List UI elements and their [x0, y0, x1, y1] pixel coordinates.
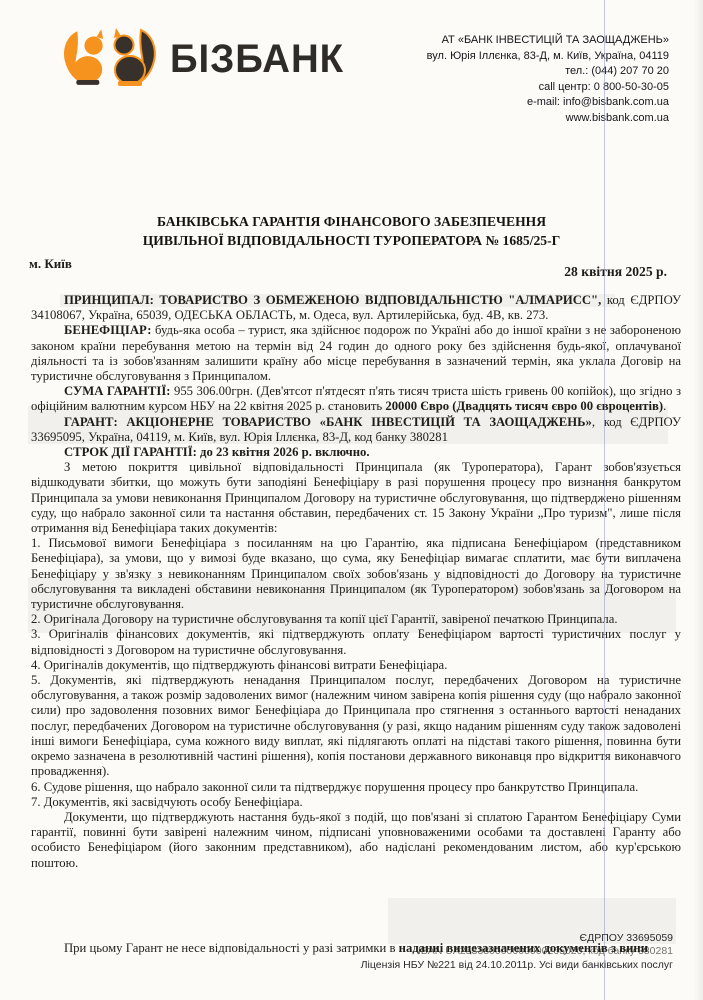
paragraph-purpose-text: З метою покриття цивільної відповідально… [31, 460, 681, 535]
body-paragraphs: ПРИНЦИПАЛ: ТОВАРИСТВО З ОБМЕЖЕНОЮ ВІДПОВ… [31, 293, 681, 871]
bank-contact-line-3: тел.: (044) 207 70 20 [427, 64, 669, 80]
bank-wordmark: БІЗБАНК [170, 37, 344, 82]
paragraph-final-text: При цьому Гарант не несе відповідальност… [64, 941, 399, 955]
paragraph-guarantee-sum-text: . [663, 399, 666, 413]
bank-contact-line-5: e-mail: info@bisbank.com.ua [427, 95, 669, 111]
list-item-3: 3. Оригіналів фінансових документів, які… [31, 627, 681, 657]
paragraph-guarantee-sum-bold-text: СУМА ГАРАНТІЇ: [64, 384, 174, 398]
footer-license: Ліцензія НБУ №221 від 24.10.2011р. Усі в… [361, 959, 673, 972]
document-date: 28 квітня 2025 р. [564, 264, 667, 280]
document-city: м. Київ [29, 256, 72, 272]
document-title: БАНКІВСЬКА ГАРАНТІЯ ФІНАНСОВОГО ЗАБЕЗПЕЧ… [0, 213, 703, 250]
document-title-line1: БАНКІВСЬКА ГАРАНТІЯ ФІНАНСОВОГО ЗАБЕЗПЕЧ… [0, 213, 703, 232]
list-item-7: 7. Документів, які засвідчують особу Бен… [31, 795, 681, 810]
paragraph-guarantee-term-bold-text: СТРОК ДІЇ ГАРАНТІЇ: до 23 квітня 2026 р.… [64, 445, 370, 459]
list-item-7-text: 7. Документів, які засвідчують особу Бен… [31, 795, 303, 809]
list-item-5: 5. Документів, які підтверджують ненадан… [31, 673, 681, 779]
list-item-6-text: 6. Судове рішення, що набрало законної с… [31, 780, 638, 794]
paragraph-beneficiary-bold-text: БЕНЕФІЦІАР: [64, 323, 155, 337]
bank-contact-line-6: www.bisbank.com.ua [427, 111, 669, 127]
bank-contact-block: АТ «БАНК ІНВЕСТИЦІЙ ТА ЗАОЩАДЖЕНЬ»вул. Ю… [427, 33, 669, 126]
paragraph-documents-delivery: Документи, що підтверджують настання буд… [31, 810, 681, 871]
bank-contact-line-1: АТ «БАНК ІНВЕСТИЦІЙ ТА ЗАОЩАДЖЕНЬ» [427, 33, 669, 49]
squirrels-logo-icon [62, 28, 158, 90]
document-page: БІЗБАНК АТ «БАНК ІНВЕСТИЦІЙ ТА ЗАОЩАДЖЕН… [0, 0, 703, 1000]
bank-contact-line-4: call центр: 0 800-50-30-05 [427, 80, 669, 96]
list-item-2: 2. Оригінала Договору на туристичне обсл… [31, 612, 681, 627]
list-item-6: 6. Судове рішення, що набрало законної с… [31, 780, 681, 795]
paragraph-beneficiary: БЕНЕФІЦІАР: будь-яка особа – турист, яка… [31, 323, 681, 384]
list-item-1-text: 1. Письмової вимоги Бенефіціара з посила… [31, 536, 681, 611]
paragraph-final-bold-text: наданні вищезазначених документів з вини [399, 941, 648, 955]
paragraph-guarantee-term: СТРОК ДІЇ ГАРАНТІЇ: до 23 квітня 2026 р.… [31, 445, 681, 460]
paragraph-guarantee-sum-bold-text: 20000 Євро (Двадцять тисяч євро 00 євроц… [385, 399, 663, 413]
list-item-2-text: 2. Оригінала Договору на туристичне обсл… [31, 612, 618, 626]
paragraph-guarantor-bold-text: ГАРАНТ: АКЦІОНЕРНЕ ТОВАРИСТВО «БАНК ІНВЕ… [64, 415, 592, 429]
paragraph-final: При цьому Гарант не несе відповідальност… [31, 941, 681, 956]
paragraph-guarantee-sum: СУМА ГАРАНТІЇ: 955 306.00грн. (Дев'ятсот… [31, 384, 681, 414]
list-item-5-text: 5. Документів, які підтверджують ненадан… [31, 673, 681, 778]
list-item-3-text: 3. Оригіналів фінансових документів, які… [31, 627, 681, 656]
list-item-4: 4. Оригіналів документів, що підтверджую… [31, 658, 681, 673]
list-item-4-text: 4. Оригіналів документів, що підтверджую… [31, 658, 447, 672]
scan-fold-line [604, 0, 605, 1000]
page-edge-shadow [694, 0, 703, 1000]
paragraph-documents-delivery-text: Документи, що підтверджують настання буд… [31, 810, 681, 870]
paragraph-purpose: З метою покриття цивільної відповідально… [31, 460, 681, 536]
final-line-layer: При цьому Гарант не несе відповідальност… [31, 941, 681, 956]
bank-logo: БІЗБАНК [62, 28, 351, 90]
list-item-1: 1. Письмової вимоги Бенефіціара з посила… [31, 536, 681, 612]
document-title-line2: ЦИВІЛЬНОЇ ВІДПОВІДАЛЬНОСТІ ТУРОПЕРАТОРА … [0, 232, 703, 251]
dark-squirrel-icon [110, 28, 158, 90]
paragraph-guarantor: ГАРАНТ: АКЦІОНЕРНЕ ТОВАРИСТВО «БАНК ІНВЕ… [31, 415, 681, 445]
paragraph-principal: ПРИНЦИПАЛ: ТОВАРИСТВО З ОБМЕЖЕНОЮ ВІДПОВ… [31, 293, 681, 323]
bank-contact-line-2: вул. Юрія Іллєнка, 83-Д, м. Київ, Україн… [427, 49, 669, 65]
paragraph-principal-bold-text: ПРИНЦИПАЛ: ТОВАРИСТВО З ОБМЕЖЕНОЮ ВІДПОВ… [64, 293, 607, 307]
orange-squirrel-icon [62, 28, 106, 90]
